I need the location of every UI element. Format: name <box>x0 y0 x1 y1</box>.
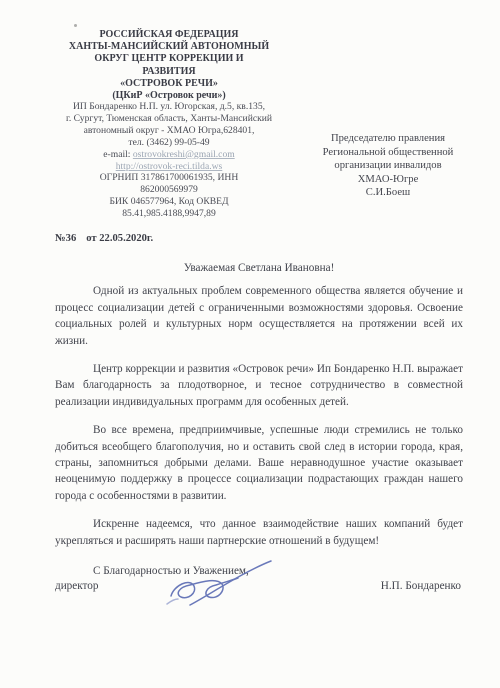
reg-line: 85.41,985.4188,9947,89 <box>50 208 288 220</box>
letterhead-org-block: РОССИЙСКАЯ ФЕДЕРАЦИЯ ХАНТЫ-МАНСИЙСКИЙ АВ… <box>58 29 280 102</box>
addressee-line: С.И.Боеш <box>300 186 476 200</box>
reg-line: БИК 046577964, Код ОКВЕД <box>50 196 288 208</box>
addressee-block: Председателю правления Региональной обще… <box>300 132 476 200</box>
signer-name: Н.П. Бондаренко <box>381 580 461 592</box>
org-line: «ОСТРОВОК РЕЧИ» <box>58 78 280 90</box>
org-line: ОКРУГ ЦЕНТР КОРРЕКЦИИ И <box>58 53 280 65</box>
letterhead-contacts-block: ИП Бондаренко Н.П. ул. Югорская, д.5, кв… <box>50 101 288 220</box>
reg-line: 862000569979 <box>50 184 288 196</box>
address-line: автономный округ - ХМАО Югра,628401, <box>50 125 288 137</box>
paragraph: Во все времена, предприимчивые, успешные… <box>55 422 463 504</box>
email-label: e-mail: <box>103 149 133 160</box>
reg-line: ОГРНИП 317861700061935, ИНН <box>50 172 288 184</box>
handwritten-signature <box>163 558 281 610</box>
reference-date: от 22.05.2020г. <box>86 233 153 244</box>
addressee-line: ХМАО-Югре <box>300 173 476 187</box>
org-line: РАЗВИТИЯ <box>58 66 280 78</box>
org-line: РОССИЙСКАЯ ФЕДЕРАЦИЯ <box>58 29 280 41</box>
paragraph: Центр коррекции и развития «Островок реч… <box>55 361 463 410</box>
signer-role: директор <box>55 580 98 592</box>
scan-artifact-dot <box>74 24 77 27</box>
paragraph: Одной из актуальных проблем современного… <box>55 283 463 349</box>
website-line: http://ostrovok-reci.tilda.ws <box>50 161 288 173</box>
addressee-line: Региональной общественной <box>300 146 476 160</box>
reference-line: №36от 22.05.2020г. <box>55 233 153 244</box>
email-line: e-mail: ostrovokreshi@gmail.com <box>50 149 288 161</box>
letter-page: РОССИЙСКАЯ ФЕДЕРАЦИЯ ХАНТЫ-МАНСИЙСКИЙ АВ… <box>0 0 500 688</box>
letter-body: Уважаемая Светлана Ивановна! Одной из ак… <box>55 260 463 580</box>
addressee-line: Председателю правления <box>300 132 476 146</box>
phone-line: тел. (3462) 99-05-49 <box>50 137 288 149</box>
email-address: ostrovokreshi@gmail.com <box>133 149 235 160</box>
address-line: г. Сургут, Тюменская область, Ханты-Манс… <box>50 113 288 125</box>
org-line: ХАНТЫ-МАНСИЙСКИЙ АВТОНОМНЫЙ <box>58 41 280 53</box>
paragraph: Искренне надеемся, что данное взаимодейс… <box>55 516 463 549</box>
salutation: Уважаемая Светлана Ивановна! <box>55 260 463 276</box>
address-line: ИП Бондаренко Н.П. ул. Югорская, д.5, кв… <box>50 101 288 113</box>
reference-number: №36 <box>55 233 76 244</box>
addressee-line: организации инвалидов <box>300 159 476 173</box>
website-url: http://ostrovok-reci.tilda.ws <box>116 161 223 172</box>
